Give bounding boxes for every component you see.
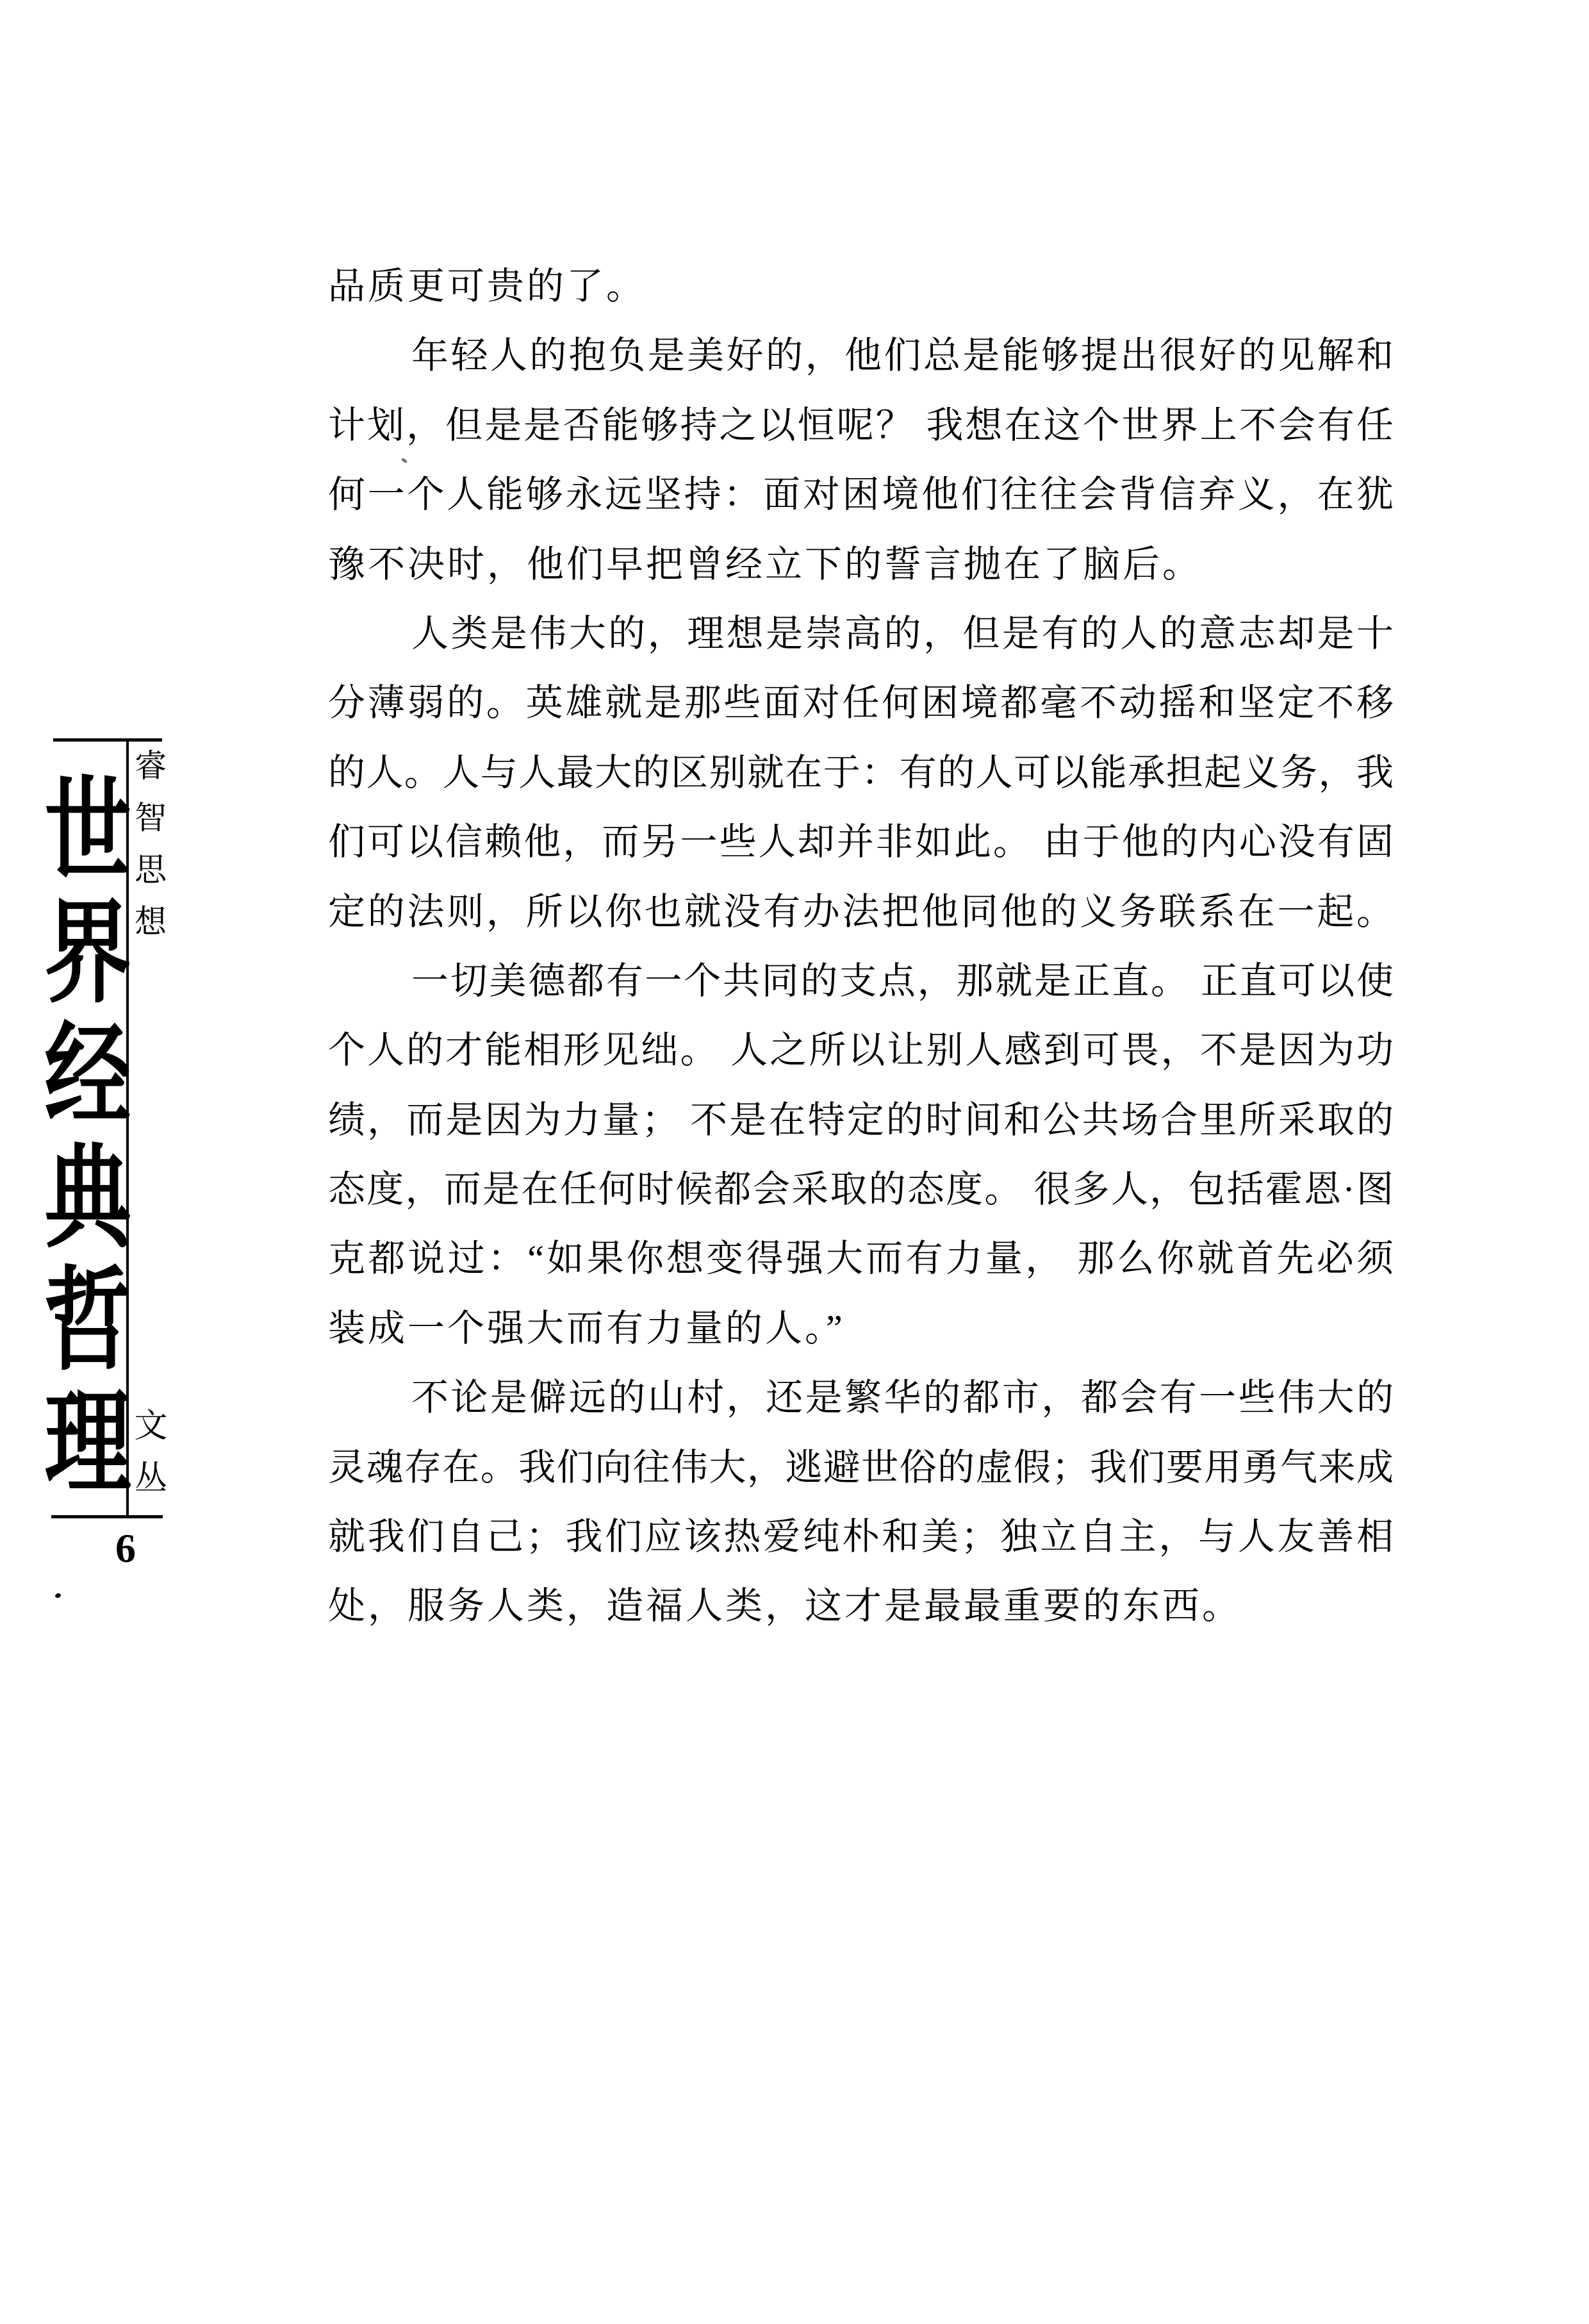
- text-line: 不论是僻远的山村，还是繁华的都市，都会有一些伟大的: [328, 1363, 1394, 1432]
- text-line: 的人。人与人最大的区别就在于：有的人可以能承担起义务，我: [328, 738, 1394, 808]
- text-line: 灵魂存在。我们向往伟大，逃避世俗的虚假；我们要用勇气来成: [328, 1433, 1394, 1502]
- text-line: 定的法则，所以你也就没有办法把他同他的义务联系在一起。: [328, 877, 1394, 947]
- text-line: 一切美德都有一个共同的支点，那就是正直。 正直可以使: [328, 947, 1394, 1016]
- text-line: 豫不决时，他们早把曾经立下的誓言抛在了脑后。: [328, 530, 1394, 599]
- text-line: 个人的才能相形见绌。 人之所以让别人感到可畏，不是因为功: [328, 1016, 1394, 1085]
- text-line: 年轻人的抱负是美好的，他们总是能够提出很好的见解和: [328, 321, 1394, 390]
- text-line: 态度，而是在任何时候都会采取的态度。 很多人，包括霍恩·图: [328, 1155, 1394, 1224]
- text-line: 人类是伟大的，理想是崇高的，但是有的人的意志却是十: [328, 599, 1394, 668]
- text-line: 就我们自己；我们应该热爱纯朴和美；独立自主，与人友善相: [328, 1502, 1394, 1572]
- volume-subtitle-vertical: 睿智思想: [132, 749, 164, 956]
- text-line: 处，服务人类，造福人类，这才是最最重要的东西。: [328, 1572, 1394, 1641]
- page-number: 6: [115, 1528, 136, 1569]
- text-line: 装成一个强大而有力量的人。”: [328, 1294, 1394, 1363]
- series-title-vertical: 世界经典哲理: [36, 770, 124, 1506]
- text-line: 何一个人能够永远坚持：面对困境他们往往会背信弃义，在犹: [328, 460, 1394, 529]
- text-line: 分薄弱的。英雄就是那些面对任何困境都毫不动摇和坚定不移: [328, 668, 1394, 738]
- scanned-book-page: 世界经典哲理 睿智思想 文丛 6 品质更可贵的了。 年轻人的抱负是美好的，他们总…: [0, 0, 1589, 2324]
- text-line: 们可以信赖他，而另一些人却并非如此。 由于他的内心没有固: [328, 808, 1394, 877]
- text-line: 克都说过：“如果你想变得强大而有力量， 那么你就首先必须: [328, 1224, 1394, 1293]
- scan-dot-artifact: [54, 1593, 62, 1599]
- series-suffix-vertical: 文丛: [130, 1407, 163, 1513]
- text-line: 品质更可贵的了。: [328, 252, 1394, 321]
- sidebar-top-rule: [53, 738, 162, 742]
- text-line: 计划，但是是否能够持之以恒呢？ 我想在这个世界上不会有任: [328, 391, 1394, 460]
- text-line: 绩，而是因为力量； 不是在特定的时间和公共场合里所采取的: [328, 1086, 1394, 1155]
- body-text: 品质更可贵的了。 年轻人的抱负是美好的，他们总是能够提出很好的见解和 计划，但是…: [328, 252, 1394, 1641]
- sidebar-bottom-rule: [51, 1515, 163, 1518]
